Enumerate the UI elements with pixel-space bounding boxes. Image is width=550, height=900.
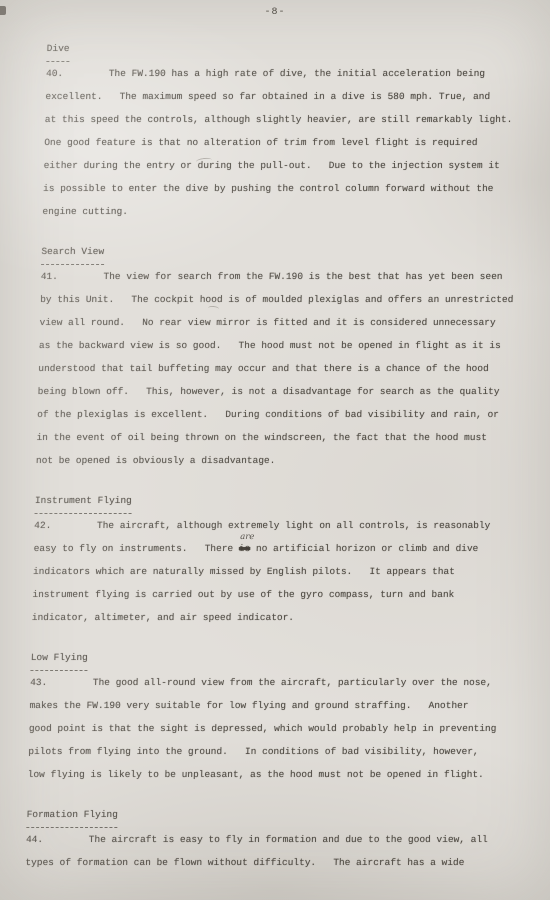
paragraph-41: 41. The view for search from the FW.190 …	[36, 265, 535, 472]
section-heading: Low Flying	[30, 647, 88, 671]
section-heading: Formation Flying	[26, 804, 118, 828]
section-heading: Search View	[41, 241, 104, 265]
section-instrument-flying: Instrument Flying42. The aircraft, altho…	[32, 489, 530, 629]
section-dive: Dive40. The FW.190 has a high rate of di…	[42, 37, 541, 223]
paragraph-43: 43. The good all-round view from the air…	[27, 671, 524, 786]
handwritten-correction: isare	[239, 543, 251, 554]
inserted-word: are	[240, 532, 254, 542]
document-content: Dive40. The FW.190 has a high rate of di…	[0, 0, 550, 900]
section-low-flying: Low Flying43. The good all-round view fr…	[27, 646, 525, 786]
section-heading: Dive	[46, 38, 69, 62]
scanned-document-page: -8- Dive40. The FW.190 has a high rate o…	[0, 0, 550, 900]
paragraph-40: 40. The FW.190 has a high rate of dive, …	[42, 62, 540, 223]
section-formation-flying: Formation Flying44. The aircraft is easy…	[25, 803, 521, 874]
paragraph-44: 44. The aircraft is easy to fly in forma…	[25, 828, 520, 874]
section-search-view: Search View41. The view for search from …	[36, 240, 536, 472]
section-heading: Instrument Flying	[35, 490, 133, 514]
paragraph-42: 42. The aircraft, although extremely lig…	[32, 514, 529, 629]
struck-word: is	[239, 543, 251, 554]
